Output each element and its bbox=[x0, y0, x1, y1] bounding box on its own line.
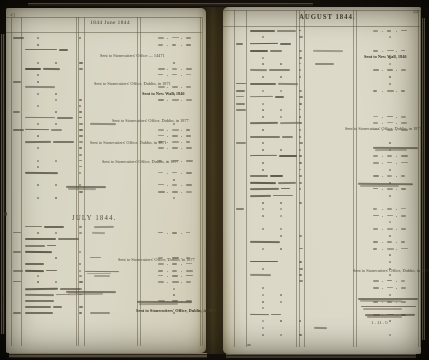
handwriting-stroke bbox=[299, 260, 302, 262]
handwriting-stroke bbox=[172, 232, 177, 234]
handwriting-stroke bbox=[299, 103, 302, 105]
handwriting-stroke bbox=[79, 288, 82, 290]
handwriting-stroke bbox=[250, 69, 267, 71]
handwriting-stroke bbox=[236, 90, 245, 92]
handwriting-stroke bbox=[299, 248, 303, 249]
handwriting-stroke bbox=[299, 202, 302, 204]
handwriting-stroke bbox=[236, 109, 246, 111]
amount-separator-dot bbox=[382, 117, 383, 118]
handwriting-stroke bbox=[172, 36, 179, 37]
amount-separator-dot bbox=[181, 271, 182, 272]
handwriting-stroke bbox=[43, 68, 60, 70]
handwriting-stroke bbox=[25, 226, 42, 227]
handwriting-stroke bbox=[401, 215, 406, 217]
handwriting-stroke bbox=[373, 248, 377, 250]
handwriting-stroke bbox=[373, 30, 378, 32]
handwriting-stroke bbox=[25, 129, 49, 131]
handwriting-stroke bbox=[186, 270, 193, 272]
handwriting-stroke bbox=[387, 248, 394, 250]
handwriting-stroke bbox=[250, 136, 280, 138]
ditto-mark bbox=[173, 294, 175, 296]
handwriting-stroke bbox=[90, 123, 116, 125]
handwriting-stroke bbox=[79, 135, 83, 137]
amount-separator-dot bbox=[396, 31, 397, 32]
handwriting-stroke bbox=[401, 175, 405, 177]
handwriting-stroke bbox=[56, 294, 69, 296]
handwriting-stroke bbox=[401, 69, 406, 71]
handwriting-stroke bbox=[401, 116, 406, 118]
handwriting-stroke bbox=[25, 294, 54, 296]
handwriting-stroke bbox=[299, 274, 302, 276]
handwriting-stroke bbox=[387, 280, 392, 281]
handwriting-stroke bbox=[299, 129, 301, 131]
ditto-mark bbox=[37, 147, 39, 149]
amount-separator-dot bbox=[181, 130, 182, 131]
ditto-mark bbox=[37, 93, 39, 95]
handwriting-stroke bbox=[186, 86, 191, 88]
ditto-mark bbox=[173, 62, 175, 64]
page-stack-edge-bottom-right bbox=[226, 354, 416, 358]
handwriting-stroke bbox=[158, 135, 164, 136]
annotation-stamp: Sent to Stonecutters' Office, Dublin, in… bbox=[112, 119, 189, 123]
handwriting-stroke bbox=[25, 117, 55, 119]
handwriting-stroke bbox=[172, 184, 177, 186]
handwriting-stroke bbox=[271, 314, 281, 315]
amount-separator-dot bbox=[167, 75, 168, 76]
amount-separator-dot bbox=[382, 123, 383, 124]
amount-separator-dot bbox=[167, 282, 168, 283]
handwriting-stroke bbox=[79, 232, 82, 234]
column-rule bbox=[137, 17, 138, 346]
handwriting-stroke bbox=[139, 302, 178, 304]
handwriting-stroke bbox=[79, 275, 82, 277]
ditto-mark bbox=[389, 36, 391, 38]
amount-separator-dot bbox=[396, 288, 397, 289]
handwriting-stroke bbox=[60, 288, 80, 290]
column-rule bbox=[356, 10, 357, 347]
handwriting-stroke bbox=[373, 90, 377, 92]
header-rule bbox=[223, 10, 420, 11]
ditto-mark bbox=[280, 202, 282, 204]
handwriting-stroke bbox=[363, 307, 402, 309]
amount-separator-dot bbox=[181, 161, 182, 162]
month-header-august: AUGUST 1844. bbox=[299, 13, 355, 21]
amount-separator-dot bbox=[167, 173, 168, 174]
handwriting-stroke bbox=[186, 275, 193, 276]
handwriting-stroke bbox=[79, 263, 81, 265]
handwriting-stroke bbox=[68, 292, 103, 294]
handwriting-stroke bbox=[299, 182, 302, 184]
amount-separator-dot bbox=[396, 229, 397, 230]
ditto-mark bbox=[389, 320, 391, 322]
amount-separator-dot bbox=[167, 148, 168, 149]
handwriting-stroke bbox=[299, 90, 302, 92]
handwriting-stroke bbox=[25, 251, 52, 253]
ditto-mark bbox=[389, 76, 391, 78]
handwriting-stroke bbox=[373, 215, 379, 216]
handwriting-stroke bbox=[401, 50, 405, 51]
handwriting-stroke bbox=[186, 281, 191, 283]
handwriting-stroke bbox=[53, 306, 62, 308]
handwriting-stroke bbox=[299, 334, 302, 336]
handwriting-stroke bbox=[186, 74, 191, 75]
handwriting-stroke bbox=[401, 228, 406, 230]
handwriting-stroke bbox=[270, 175, 283, 177]
handwriting-stroke bbox=[186, 147, 192, 149]
handwriting-stroke bbox=[79, 36, 81, 38]
handwriting-stroke bbox=[299, 149, 301, 151]
annotation-stamp: Sent to Stonecutters' Office — 14471 bbox=[100, 54, 165, 58]
handwriting-stroke bbox=[387, 175, 392, 177]
handwriting-stroke bbox=[47, 245, 56, 246]
column-rule bbox=[140, 17, 141, 346]
ditto-mark bbox=[37, 275, 39, 277]
handwriting-stroke bbox=[278, 181, 296, 183]
column-rule bbox=[420, 10, 421, 347]
handwriting-stroke bbox=[299, 162, 302, 164]
column-rule bbox=[246, 10, 247, 347]
handwriting-stroke bbox=[269, 69, 290, 71]
handwriting-stroke bbox=[270, 50, 282, 52]
amount-separator-dot bbox=[396, 123, 397, 124]
handwriting-stroke bbox=[13, 129, 24, 131]
handwriting-stroke bbox=[13, 269, 23, 271]
amount-separator-dot bbox=[181, 45, 182, 46]
amount-separator-dot bbox=[396, 189, 397, 190]
handwriting-stroke bbox=[236, 83, 246, 85]
ditto-mark bbox=[262, 287, 264, 289]
ditto-mark bbox=[389, 261, 391, 263]
amount-separator-dot bbox=[396, 91, 397, 92]
column-rule bbox=[234, 10, 235, 347]
ditto-mark bbox=[262, 90, 264, 92]
handwriting-stroke bbox=[373, 188, 378, 189]
page-stack-edge-left bbox=[1, 34, 5, 334]
amount-separator-dot bbox=[167, 271, 168, 272]
handwriting-stroke bbox=[250, 182, 276, 184]
handwriting-stroke bbox=[401, 188, 406, 190]
amount-separator-dot bbox=[382, 302, 383, 303]
ditto-mark bbox=[262, 142, 264, 144]
ditto-mark bbox=[389, 169, 391, 171]
amount-separator-dot bbox=[167, 142, 168, 143]
handwriting-stroke bbox=[172, 191, 178, 193]
amount-separator-dot bbox=[181, 69, 182, 70]
ditto-mark bbox=[280, 76, 282, 78]
handwriting-stroke bbox=[313, 50, 343, 52]
handwriting-stroke bbox=[158, 44, 163, 46]
handwriting-stroke bbox=[25, 172, 58, 174]
handwriting-stroke bbox=[387, 129, 393, 131]
handwriting-stroke bbox=[401, 287, 406, 289]
handwriting-stroke bbox=[387, 30, 391, 32]
ditto-mark bbox=[55, 281, 57, 283]
handwriting-stroke bbox=[90, 257, 101, 258]
handwriting-stroke bbox=[373, 241, 378, 243]
ditto-mark bbox=[280, 215, 282, 217]
handwriting-stroke bbox=[186, 99, 192, 101]
amount-separator-dot bbox=[382, 70, 383, 71]
ditto-mark bbox=[389, 221, 391, 223]
handwriting-stroke bbox=[299, 116, 301, 118]
handwriting-stroke bbox=[401, 248, 408, 249]
handwriting-stroke bbox=[186, 232, 190, 233]
handwriting-stroke bbox=[299, 234, 302, 236]
handwriting-stroke bbox=[186, 263, 192, 264]
handwriting-stroke bbox=[79, 270, 81, 272]
ditto-mark bbox=[37, 123, 39, 125]
handwriting-stroke bbox=[250, 155, 277, 157]
amount-separator-dot bbox=[382, 91, 383, 92]
handwriting-stroke bbox=[158, 191, 165, 193]
amount-separator-dot bbox=[167, 185, 168, 186]
handwriting-stroke bbox=[79, 111, 82, 113]
ditto-mark bbox=[55, 232, 57, 234]
handwriting-stroke bbox=[250, 122, 278, 124]
handwriting-stroke bbox=[299, 57, 302, 59]
handwriting-stroke bbox=[373, 208, 377, 210]
amount-separator-dot bbox=[396, 302, 397, 303]
handwriting-stroke bbox=[401, 129, 408, 131]
handwriting-stroke bbox=[172, 129, 179, 131]
handwriting-stroke bbox=[250, 188, 279, 190]
ditto-mark bbox=[389, 83, 391, 85]
ditto-mark bbox=[280, 90, 282, 92]
amount-separator-dot bbox=[167, 192, 168, 193]
header-rule bbox=[6, 17, 202, 18]
ditto-mark bbox=[262, 301, 264, 303]
ledger-page-right: 44 AUGUST 1844. Sent to New Wall, 1846 S… bbox=[223, 7, 421, 354]
handwriting-stroke bbox=[172, 160, 178, 162]
amount-separator-dot bbox=[382, 281, 383, 282]
handwriting-stroke bbox=[53, 141, 74, 143]
handwriting-stroke bbox=[92, 232, 105, 234]
annotation-stamp: Sent to Stonecutters' Office, Dublin, in… bbox=[90, 141, 167, 145]
amount-separator-dot bbox=[167, 276, 168, 277]
handwriting-stroke bbox=[172, 147, 178, 149]
handwriting-stroke bbox=[282, 136, 293, 138]
amount-separator-dot bbox=[396, 176, 397, 177]
handwriting-stroke bbox=[94, 275, 110, 277]
ditto-mark bbox=[280, 334, 282, 336]
handwriting-stroke bbox=[315, 63, 334, 65]
handwriting-stroke bbox=[25, 141, 51, 143]
handwriting-stroke bbox=[387, 122, 393, 124]
handwriting-stroke bbox=[172, 44, 176, 46]
handwriting-stroke bbox=[314, 327, 327, 329]
handwriting-stroke bbox=[373, 122, 378, 124]
handwriting-stroke bbox=[250, 241, 280, 243]
column-rule bbox=[84, 17, 85, 346]
ditto-mark bbox=[173, 288, 175, 290]
handwriting-stroke bbox=[25, 86, 55, 88]
handwriting-stroke bbox=[25, 300, 54, 302]
handwriting-stroke bbox=[79, 191, 83, 193]
handwriting-stroke bbox=[79, 154, 82, 156]
amount-separator-dot bbox=[181, 100, 182, 101]
handwriting-stroke bbox=[79, 251, 81, 253]
handwriting-stroke bbox=[25, 306, 51, 308]
column-rule bbox=[202, 17, 203, 346]
ditto-mark bbox=[55, 99, 57, 101]
handwriting-stroke bbox=[13, 81, 21, 83]
amount-separator-dot bbox=[181, 38, 182, 39]
handwriting-stroke bbox=[373, 162, 379, 164]
handwriting-stroke bbox=[299, 155, 302, 157]
handwriting-stroke bbox=[172, 275, 178, 277]
ditto-mark bbox=[280, 248, 282, 250]
amount-separator-dot bbox=[181, 75, 182, 76]
ditto-mark bbox=[262, 36, 264, 38]
handwriting-stroke bbox=[373, 50, 378, 52]
handwriting-stroke bbox=[401, 208, 406, 209]
handwriting-stroke bbox=[158, 263, 164, 265]
ditto-mark bbox=[262, 307, 264, 309]
ditto-mark bbox=[280, 320, 282, 322]
ditto-mark bbox=[37, 135, 39, 137]
ditto-mark bbox=[262, 116, 264, 118]
handwriting-stroke bbox=[79, 62, 83, 64]
ditto-mark bbox=[262, 294, 264, 296]
ditto-mark bbox=[262, 103, 264, 105]
ditto-mark bbox=[55, 184, 57, 186]
handwriting-stroke bbox=[373, 155, 378, 157]
handwriting-stroke bbox=[280, 43, 291, 45]
column-rule bbox=[21, 17, 22, 346]
handwriting-stroke bbox=[158, 36, 164, 38]
handwriting-stroke bbox=[13, 312, 21, 314]
ditto-mark bbox=[262, 320, 264, 322]
handwriting-stroke bbox=[299, 268, 303, 270]
handwriting-stroke bbox=[250, 50, 268, 52]
amount-separator-dot bbox=[382, 242, 383, 243]
handwriting-stroke bbox=[158, 281, 164, 283]
column-rule bbox=[200, 17, 201, 346]
handwriting-stroke bbox=[158, 68, 165, 70]
handwriting-stroke bbox=[186, 141, 190, 143]
handwriting-stroke bbox=[401, 30, 407, 31]
ditto-mark bbox=[280, 228, 282, 230]
ditto-mark bbox=[389, 274, 391, 276]
handwriting-stroke bbox=[13, 232, 21, 233]
ditto-mark bbox=[262, 129, 264, 131]
ditto-mark bbox=[262, 202, 264, 204]
handwriting-stroke bbox=[79, 117, 82, 118]
column-rule bbox=[296, 10, 297, 347]
handwriting-stroke bbox=[373, 280, 379, 282]
ditto-mark bbox=[262, 334, 264, 336]
amount-separator-dot bbox=[167, 69, 168, 70]
ditto-mark bbox=[389, 294, 391, 296]
handwriting-stroke bbox=[79, 281, 83, 283]
ditto-mark bbox=[389, 142, 391, 144]
handwriting-stroke bbox=[79, 147, 82, 149]
handwriting-stroke bbox=[158, 270, 163, 272]
handwriting-stroke bbox=[236, 96, 244, 97]
handwriting-stroke bbox=[158, 275, 163, 276]
ditto-mark bbox=[280, 294, 282, 296]
handwriting-stroke bbox=[250, 195, 271, 197]
handwriting-stroke bbox=[79, 160, 82, 161]
page-stack-edge-right bbox=[422, 18, 425, 340]
ditto-mark bbox=[262, 248, 264, 250]
amount-separator-dot bbox=[382, 51, 383, 52]
handwriting-stroke bbox=[172, 99, 179, 101]
handwriting-stroke bbox=[186, 135, 191, 137]
handwriting-stroke bbox=[79, 129, 83, 131]
handwriting-stroke bbox=[172, 135, 178, 137]
handwriting-stroke bbox=[387, 50, 394, 51]
handwriting-stroke bbox=[299, 96, 303, 98]
ditto-mark bbox=[37, 105, 39, 107]
handwriting-stroke bbox=[387, 228, 393, 230]
amount-separator-dot bbox=[396, 216, 397, 217]
amount-separator-dot bbox=[167, 264, 168, 265]
ditto-mark bbox=[55, 111, 57, 113]
column-rule bbox=[78, 17, 79, 346]
ditto-mark bbox=[37, 74, 39, 76]
handwriting-stroke bbox=[79, 226, 82, 228]
column-rule bbox=[11, 17, 12, 346]
handwriting-stroke bbox=[387, 116, 393, 117]
amount-separator-dot bbox=[167, 161, 168, 162]
amount-separator-dot bbox=[167, 87, 168, 88]
amount-separator-dot bbox=[181, 192, 182, 193]
handwriting-stroke bbox=[13, 36, 24, 38]
handwriting-stroke bbox=[250, 274, 271, 276]
handwriting-stroke bbox=[387, 155, 392, 157]
handwriting-stroke bbox=[387, 69, 393, 71]
page-stack-edge-bottom bbox=[9, 353, 207, 358]
ditto-mark bbox=[37, 281, 39, 283]
handwriting-stroke bbox=[299, 169, 301, 170]
column-rule bbox=[299, 10, 300, 347]
handwriting-stroke bbox=[387, 90, 394, 92]
handwriting-stroke bbox=[299, 50, 302, 52]
ditto-mark bbox=[389, 334, 391, 336]
amount-separator-dot bbox=[382, 288, 383, 289]
handwriting-stroke bbox=[387, 208, 392, 210]
handwriting-stroke bbox=[360, 184, 399, 186]
handwriting-stroke bbox=[46, 270, 57, 271]
handwriting-stroke bbox=[387, 287, 393, 288]
handwriting-stroke bbox=[51, 129, 62, 131]
ditto-mark bbox=[262, 268, 264, 270]
amount-separator-dot bbox=[181, 276, 182, 277]
ink-stain bbox=[3, 297, 5, 299]
handwriting-stroke bbox=[172, 68, 177, 70]
handwriting-stroke bbox=[158, 147, 164, 149]
month-header-june: 1844 June 1844 bbox=[90, 19, 130, 25]
handwriting-stroke bbox=[57, 117, 73, 119]
handwriting-stroke bbox=[186, 68, 192, 70]
handwriting-stroke bbox=[13, 251, 21, 253]
handwriting-stroke bbox=[186, 129, 190, 131]
handwriting-stroke bbox=[250, 43, 278, 45]
handwriting-stroke bbox=[387, 188, 393, 190]
ditto-mark bbox=[37, 232, 39, 234]
amount-separator-dot bbox=[167, 100, 168, 101]
annotation-stamp: Sent to Stonecutters' Office, Dublin, in… bbox=[136, 309, 217, 313]
handwriting-stroke bbox=[387, 162, 392, 163]
handwriting-stroke bbox=[186, 184, 192, 186]
amount-note: 1 . 11 . 6 bbox=[371, 321, 388, 326]
ditto-mark bbox=[262, 208, 264, 210]
ditto-mark bbox=[173, 123, 175, 125]
handwriting-stroke bbox=[186, 44, 191, 46]
handwriting-stroke bbox=[158, 129, 164, 131]
ditto-mark bbox=[55, 93, 57, 95]
